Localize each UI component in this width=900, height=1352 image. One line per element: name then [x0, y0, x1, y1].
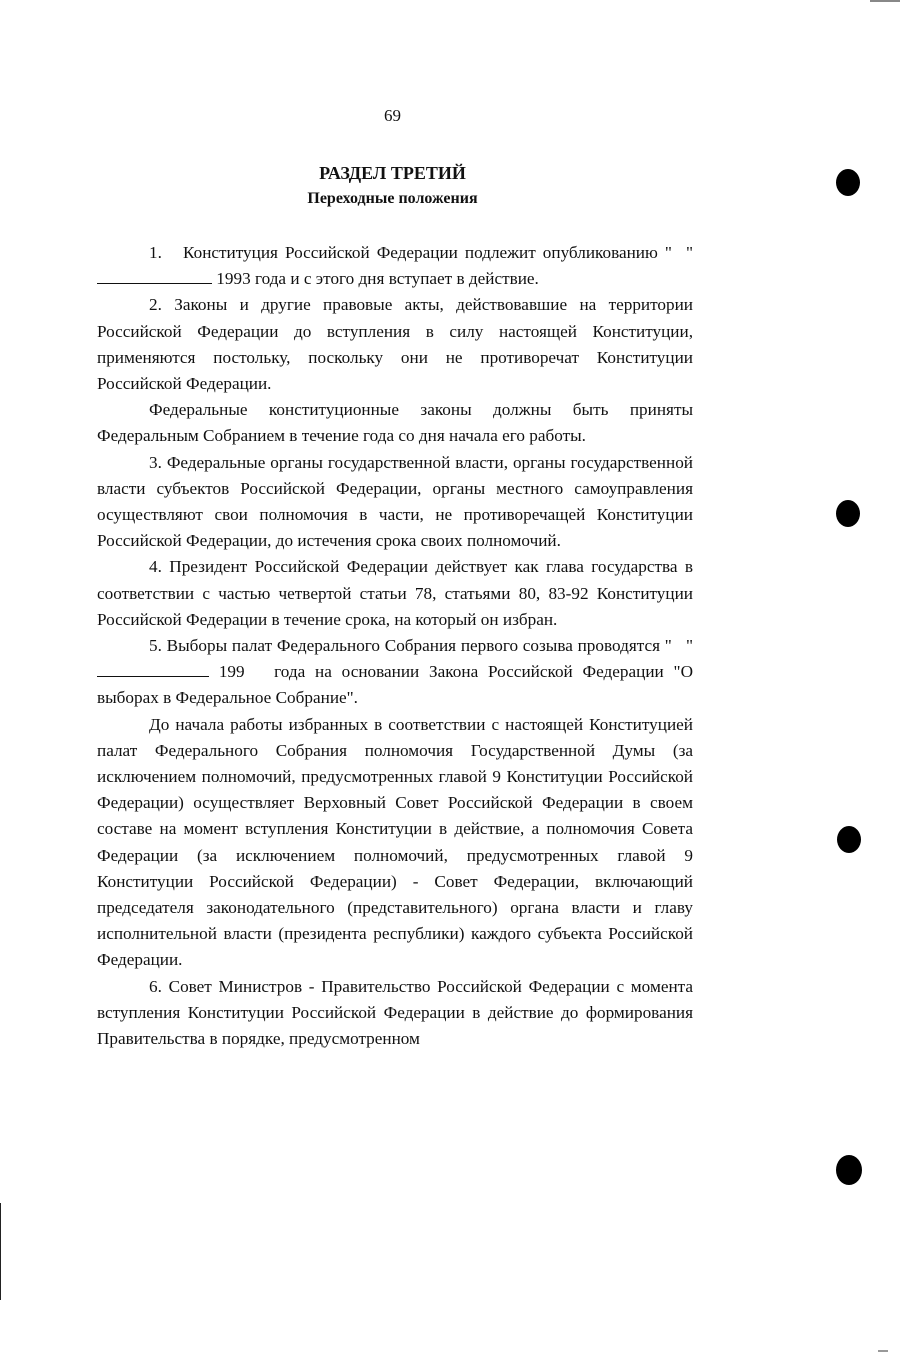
- paragraph-3: 3. Федеральные органы государственной вл…: [97, 450, 693, 555]
- punch-hole-icon: [836, 1155, 862, 1185]
- section-title: РАЗДЕЛ ТРЕТИЙ: [0, 163, 785, 184]
- punch-hole-icon: [836, 500, 860, 527]
- section-subtitle: Переходные положения: [0, 190, 785, 208]
- paragraph-4: 4. Президент Российской Федерации действ…: [97, 554, 693, 633]
- document-body: 1. Конституция Российской Федерации подл…: [97, 240, 693, 1052]
- date-blank-line: [97, 662, 209, 677]
- punch-hole-icon: [836, 169, 860, 196]
- scan-edge-mark: [870, 0, 900, 2]
- scan-edge-mark: [0, 1203, 1, 1300]
- paragraph-1-end: 1993 года и с этого дня вступает в дейст…: [212, 269, 539, 288]
- paragraph-2-continued: Федеральные конституционные законы должн…: [97, 397, 693, 449]
- paragraph-5-continued: До начала работы избранных в соответстви…: [97, 712, 693, 974]
- date-blank-line: [97, 269, 212, 284]
- paragraph-1: 1. Конституция Российской Федерации подл…: [97, 240, 693, 292]
- punch-hole-icon: [837, 826, 861, 853]
- paragraph-5-start: 5. Выборы палат Федерального Собрания пе…: [149, 636, 693, 655]
- paragraph-6: 6. Совет Министров - Правительство Росси…: [97, 974, 693, 1053]
- paragraph-5: 5. Выборы палат Федерального Собрания пе…: [97, 633, 693, 712]
- page-number: 69: [0, 106, 785, 126]
- paragraph-1-start: 1. Конституция Российской Федерации подл…: [149, 243, 693, 262]
- paragraph-2: 2. Законы и другие правовые акты, действ…: [97, 292, 693, 397]
